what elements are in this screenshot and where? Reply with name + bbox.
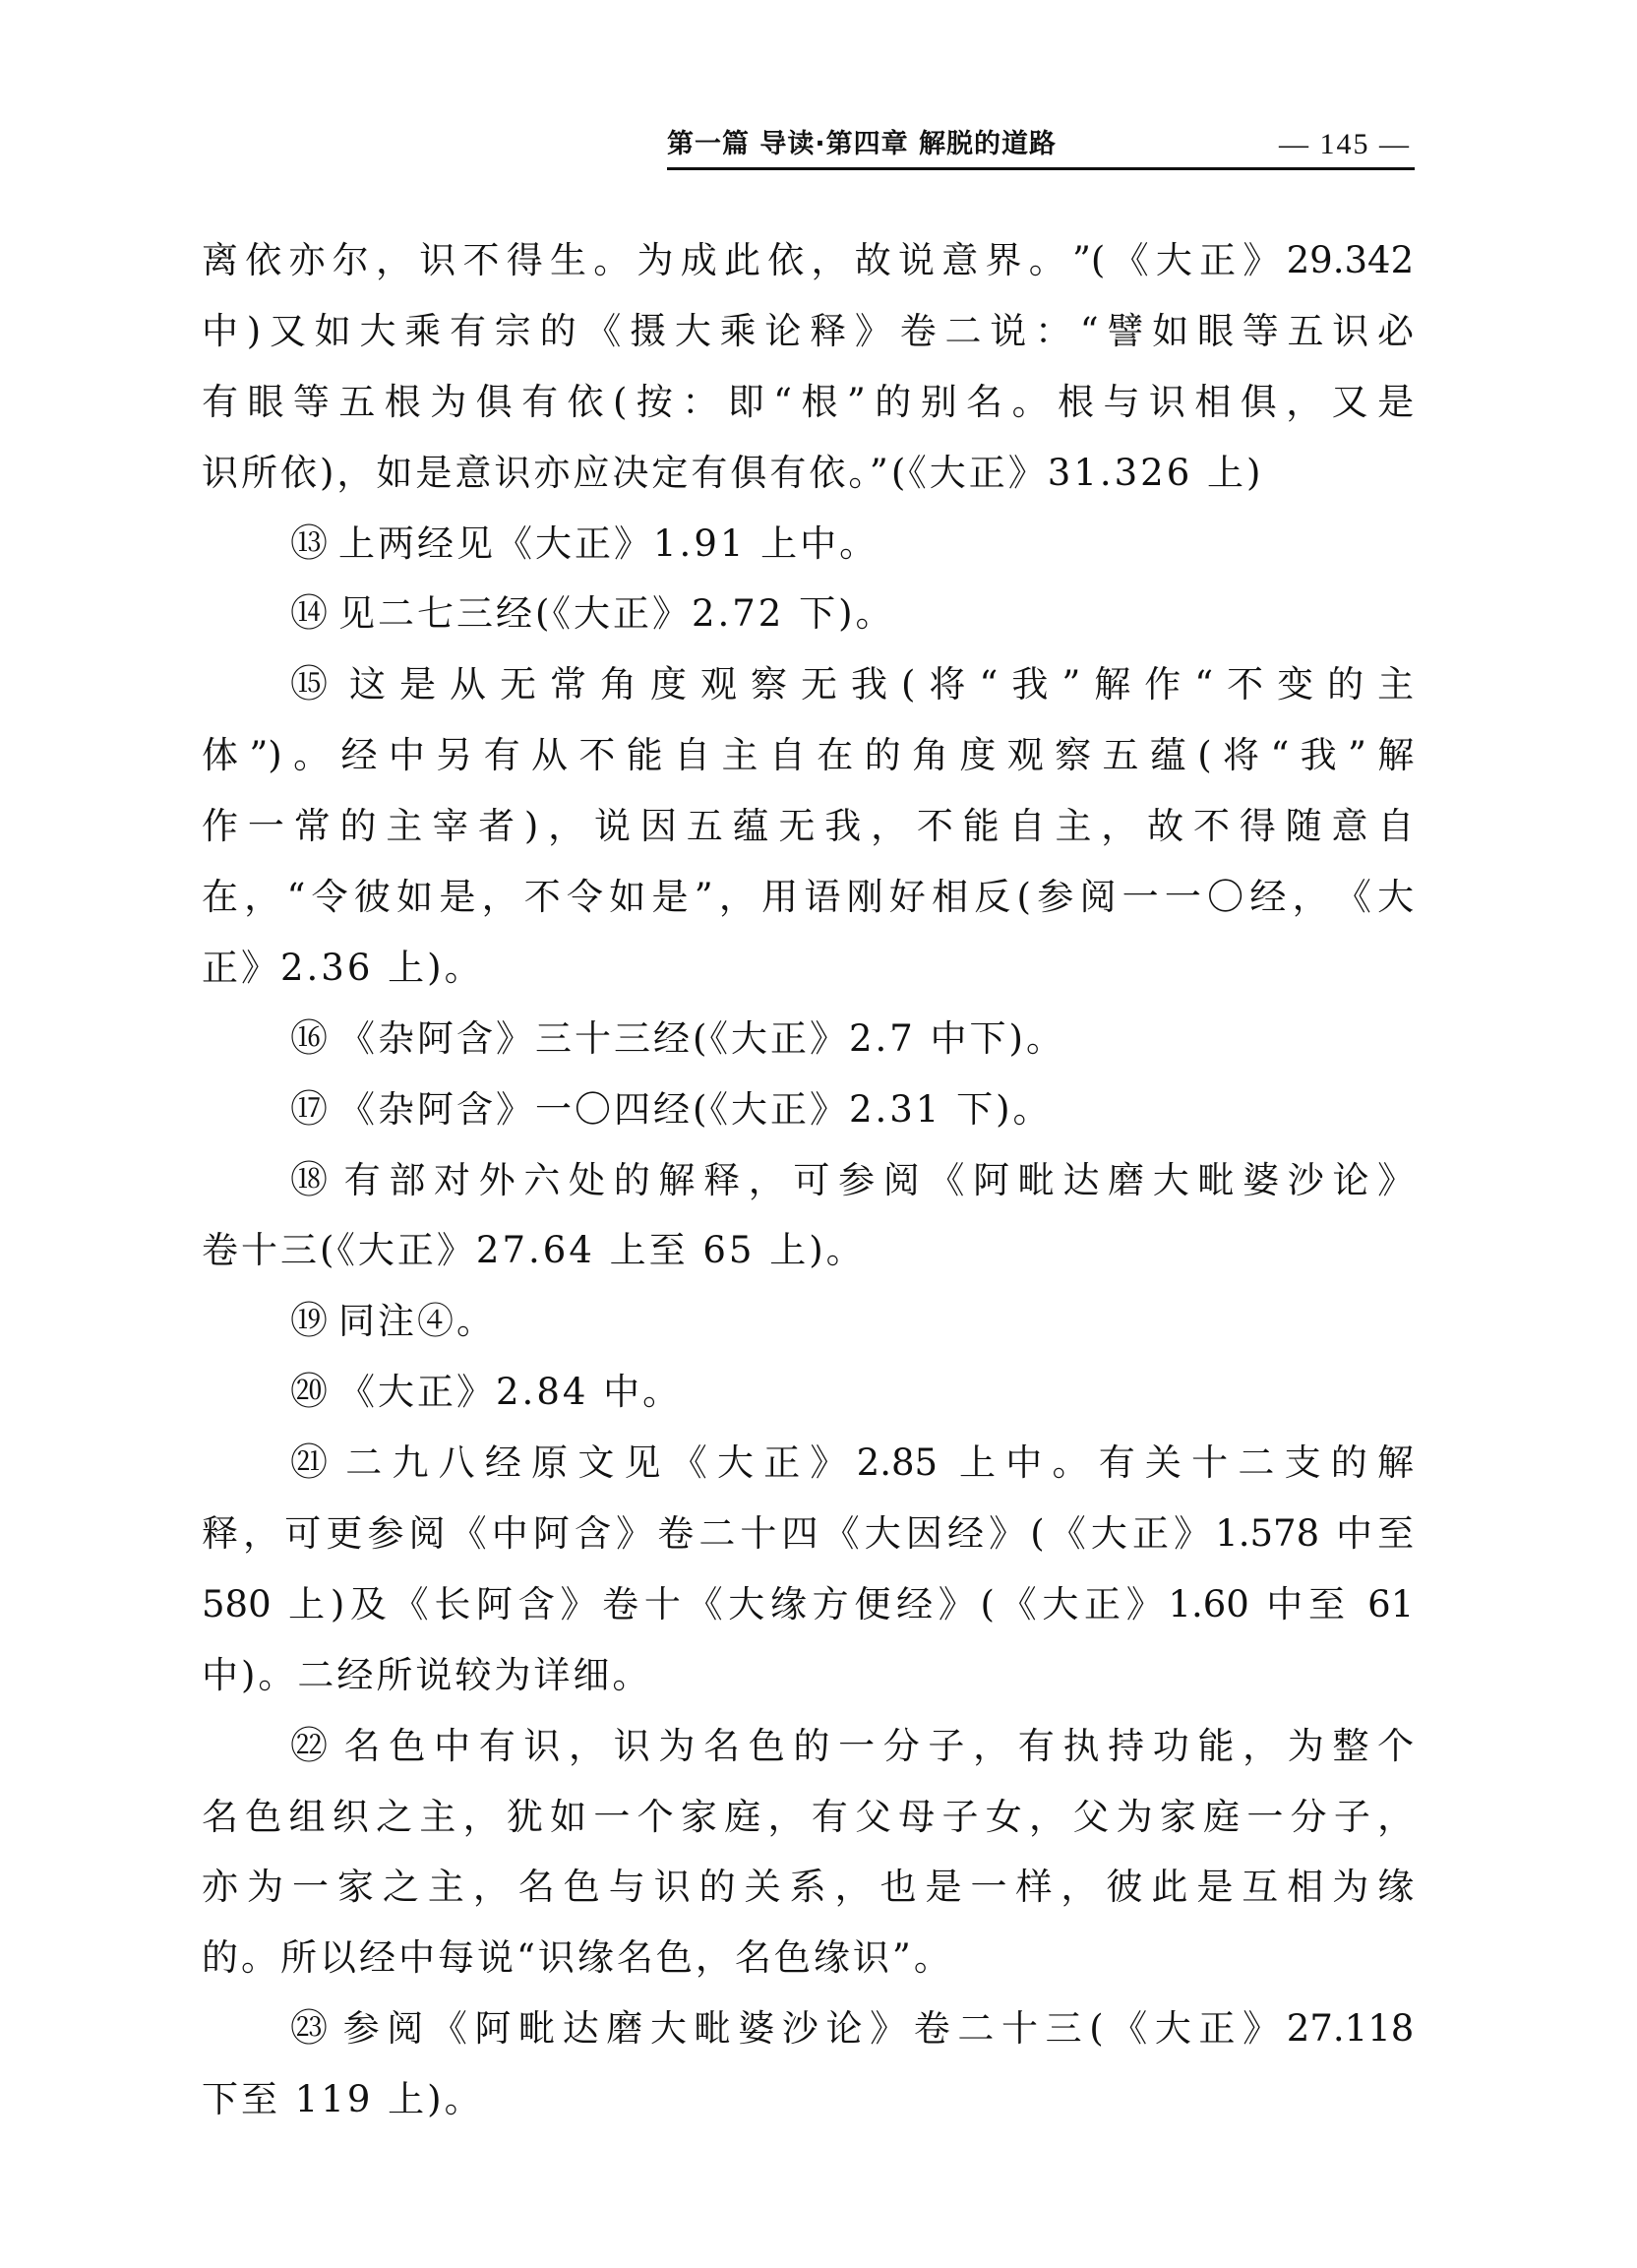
line-text: 在​，​“​令​彼​如​是​，​不​令​如​是​”​，​用​语​刚​好​相​反​… — [202, 876, 1414, 918]
line-text: 下至 119 上)。 — [202, 2078, 484, 2120]
line-text: 体​”​)​。​经​中​另​有​从​不​能​自​主​自​在​的​角​度​观​察​… — [202, 734, 1414, 776]
line-text: 作​一​常​的​主​宰​者​)​，​说​因​五​蕴​无​我​，​不​能​自​主​… — [202, 805, 1414, 847]
line-text: 释​，​可​更​参​阅​《​中​阿​含​》​卷​二​十​四​《​大​因​经​》​… — [202, 1512, 1414, 1555]
running-head: 第一篇 导读·第四章 解脱的道路 — 145 — — [667, 122, 1415, 170]
footnote-number: ⑰ — [290, 1074, 331, 1145]
text-line: 名​色​组​织​之​主​，​犹​如​一​个​家​庭​，​有​父​母​子​女​，​… — [202, 1782, 1414, 1853]
note-first-line: ⑮这​是​从​无​常​角​度​观​察​无​我​(​将​“​我​”​解​作​“​不… — [202, 649, 1414, 720]
line-text: 5​8​0​ ​上​)​及​《​长​阿​含​》​卷​十​《​大​缘​方​便​经​… — [202, 1583, 1414, 1625]
footnote-number: ㉑ — [290, 1428, 328, 1499]
footnote-number: ⑳ — [290, 1357, 331, 1428]
text-line: 在​，​“​令​彼​如​是​，​不​令​如​是​”​，​用​语​刚​好​相​反​… — [202, 862, 1414, 933]
footnote-number: ⑬ — [290, 509, 331, 580]
line-text: 中)。二经所说较为详细。 — [202, 1654, 651, 1696]
text-line: 中)。二经所说较为详细。 — [202, 1640, 1414, 1711]
line-text: 参​阅​《​阿​毗​达​磨​大​毗​婆​沙​论​》​卷​二​十​三​(​《​大​… — [335, 2007, 1414, 2050]
line-text: 的。所以经中每说“识缘名色，名色缘识”。 — [202, 1936, 953, 1979]
line-text: 二​九​八​经​原​文​见​《​大​正​》​2​.​8​5​ ​上​中​。​有​… — [335, 1441, 1414, 1484]
notes-body: 离​依​亦​尔​，​识​不​得​生​。​为​成​此​依​，​故​说​意​界​。​… — [202, 225, 1414, 2135]
line-text: 《杂阿含》一〇四经(《大正》2.31 下)。 — [338, 1088, 1053, 1131]
line-text: 中​)​又​如​大​乘​有​宗​的​《​摄​大​乘​论​释​》​卷​二​说​：​… — [202, 310, 1414, 352]
running-head-title: 第一篇 导读·第四章 解脱的道路 — [667, 123, 1057, 166]
note-first-line: ⑭见二七三经(《大正》2.72 下)。 — [202, 579, 1414, 649]
note-first-line: ⑳《大正》2.84 中。 — [202, 1357, 1414, 1428]
text-line: 作​一​常​的​主​宰​者​)​，​说​因​五​蕴​无​我​，​不​能​自​主​… — [202, 791, 1414, 862]
text-line: 5​8​0​ ​上​)​及​《​长​阿​含​》​卷​十​《​大​缘​方​便​经​… — [202, 1569, 1414, 1640]
text-line: 正》2.36 上)。 — [202, 933, 1414, 1004]
note-first-line: ㉓参​阅​《​阿​毗​达​磨​大​毗​婆​沙​论​》​卷​二​十​三​(​《​大… — [202, 1993, 1414, 2064]
note-first-line: ㉑二​九​八​经​原​文​见​《​大​正​》​2​.​8​5​ ​上​中​。​有… — [202, 1428, 1414, 1499]
line-text: 离​依​亦​尔​，​识​不​得​生​。​为​成​此​依​，​故​说​意​界​。​… — [202, 239, 1414, 281]
line-text: 有​眼​等​五​根​为​俱​有​依​(​按​：​即​“​根​”​的​别​名​。​… — [202, 381, 1414, 423]
line-text: 卷十三(《大正》27.64 上至 65 上)。 — [202, 1229, 866, 1271]
line-text: 上两经见《大正》1.91 上中。 — [338, 522, 879, 565]
line-text: 识所依)，如是意识亦应决定有俱有依。”(《大正》31.326 上) — [202, 452, 1263, 494]
note-first-line: ⑯《杂阿含》三十三经(《大正》2.7 中下)。 — [202, 1004, 1414, 1074]
note-first-line: ㉒名​色​中​有​识​，​识​为​名​色​的​一​分​子​，​有​执​持​功​能… — [202, 1711, 1414, 1782]
text-line: 下至 119 上)。 — [202, 2064, 1414, 2135]
note-first-line: ⑰《杂阿含》一〇四经(《大正》2.31 下)。 — [202, 1074, 1414, 1145]
text-line: 中​)​又​如​大​乘​有​宗​的​《​摄​大​乘​论​释​》​卷​二​说​：​… — [202, 296, 1414, 367]
text-line: 有​眼​等​五​根​为​俱​有​依​(​按​：​即​“​根​”​的​别​名​。​… — [202, 367, 1414, 438]
text-line: 卷十三(《大正》27.64 上至 65 上)。 — [202, 1215, 1414, 1286]
line-text: 《大正》2.84 中。 — [338, 1371, 682, 1413]
line-text: 名​色​组​织​之​主​，​犹​如​一​个​家​庭​，​有​父​母​子​女​，​… — [202, 1796, 1414, 1838]
line-text: 名​色​中​有​识​，​识​为​名​色​的​一​分​子​，​有​执​持​功​能​… — [335, 1725, 1414, 1767]
note-first-line: ⑬上两经见《大正》1.91 上中。 — [202, 509, 1414, 580]
footnote-number: ⑭ — [290, 579, 331, 649]
line-text: 《杂阿含》三十三经(《大正》2.7 中下)。 — [338, 1017, 1065, 1060]
text-line: 识所依)，如是意识亦应决定有俱有依。”(《大正》31.326 上) — [202, 438, 1414, 509]
footnote-number: ⑲ — [290, 1286, 331, 1357]
note-first-line: ⑱有​部​对​外​六​处​的​解​释​，​可​参​阅​《​阿​毗​达​磨​大​毗… — [202, 1145, 1414, 1216]
footnote-number: ㉓ — [290, 1993, 328, 2064]
footnote-number: ㉒ — [290, 1711, 328, 1782]
text-line: 的。所以经中每说“识缘名色，名色缘识”。 — [202, 1923, 1414, 1993]
text-line: 释​，​可​更​参​阅​《​中​阿​含​》​卷​二​十​四​《​大​因​经​》​… — [202, 1499, 1414, 1569]
text-line: 体​”​)​。​经​中​另​有​从​不​能​自​主​自​在​的​角​度​观​察​… — [202, 720, 1414, 791]
note-first-line: ⑲同注④。 — [202, 1286, 1414, 1357]
footnote-number: ⑮ — [290, 649, 328, 720]
line-text: 见二七三经(《大正》2.72 下)。 — [338, 592, 895, 635]
line-text: 正》2.36 上)。 — [202, 947, 484, 989]
text-line: 亦​为​一​家​之​主​，​名​色​与​识​的​关​系​，​也​是​一​样​，​… — [202, 1852, 1414, 1923]
line-text: 同注④。 — [338, 1300, 496, 1342]
line-text: 这​是​从​无​常​角​度​观​察​无​我​(​将​“​我​”​解​作​“​不​… — [335, 663, 1414, 705]
footnote-number: ⑯ — [290, 1004, 331, 1074]
line-text: 亦​为​一​家​之​主​，​名​色​与​识​的​关​系​，​也​是​一​样​，​… — [202, 1866, 1414, 1908]
text-line: 离​依​亦​尔​，​识​不​得​生​。​为​成​此​依​，​故​说​意​界​。​… — [202, 225, 1414, 296]
line-text: 有​部​对​外​六​处​的​解​释​，​可​参​阅​《​阿​毗​达​磨​大​毗​… — [335, 1159, 1414, 1201]
page-number: — 145 — — [1279, 123, 1415, 166]
footnote-number: ⑱ — [290, 1145, 328, 1216]
